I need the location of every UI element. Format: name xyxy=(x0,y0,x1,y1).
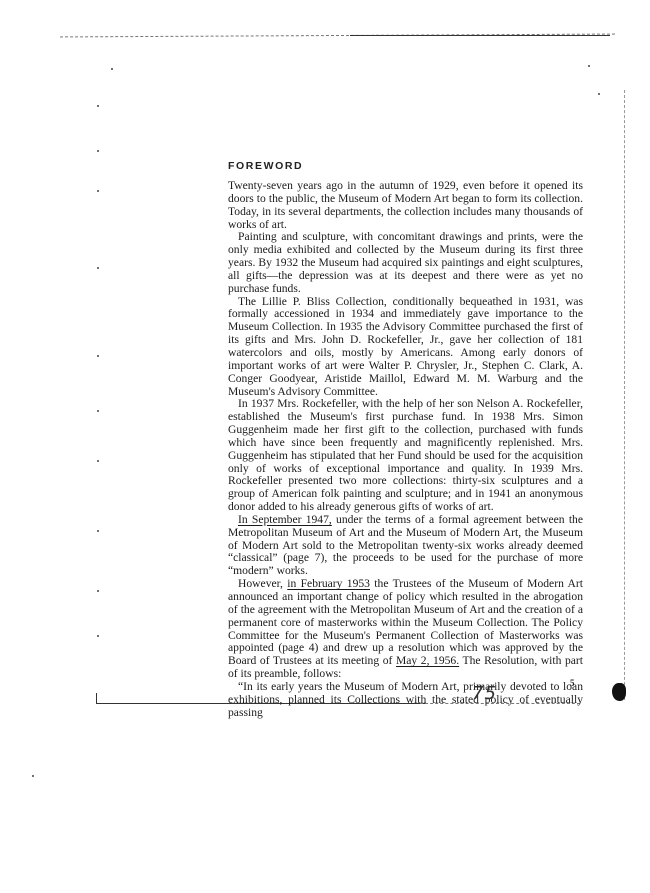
paragraph-7: “In its early years the Museum of Modern… xyxy=(228,681,583,720)
speck xyxy=(32,775,34,777)
paragraph-6-pre: However, xyxy=(238,577,287,590)
speck xyxy=(588,65,590,67)
right-scan-edge xyxy=(624,90,625,700)
page-number: 5 xyxy=(570,678,575,688)
speck xyxy=(97,635,99,637)
paragraph-2: Painting and sculpture, with concomitant… xyxy=(228,231,583,295)
underlined-date-sept-1947: In September 1947, xyxy=(238,513,332,526)
paragraph-3: The Lillie P. Bliss Collection, conditio… xyxy=(228,296,583,399)
speck xyxy=(97,105,99,107)
speck xyxy=(97,150,99,152)
speck xyxy=(97,530,99,532)
foreword-body: Twenty-seven years ago in the autumn of … xyxy=(228,180,583,719)
underlined-date-may-1956: May 2, 1956. xyxy=(396,654,459,667)
speck xyxy=(97,267,99,269)
speck xyxy=(97,590,99,592)
top-scan-border-solid xyxy=(350,35,610,36)
underlined-date-feb-1953: in February 1953 xyxy=(287,577,370,590)
speck xyxy=(97,355,99,357)
handwritten-page-number: 75 xyxy=(472,683,497,704)
paragraph-6: However, in February 1953 the Trustees o… xyxy=(228,578,583,681)
paragraph-4: In 1937 Mrs. Rockefeller, with the help … xyxy=(228,398,583,514)
speck xyxy=(97,410,99,412)
speck xyxy=(97,460,99,462)
speck xyxy=(97,190,99,192)
paragraph-1: Twenty-seven years ago in the autumn of … xyxy=(228,180,583,231)
paragraph-5: In September 1947, under the terms of a … xyxy=(228,514,583,578)
foreword-heading: FOREWORD xyxy=(228,160,303,172)
ink-blot-mark xyxy=(612,683,626,701)
speck xyxy=(598,93,600,95)
speck xyxy=(111,68,113,70)
bottom-left-corner-mark xyxy=(96,693,97,704)
